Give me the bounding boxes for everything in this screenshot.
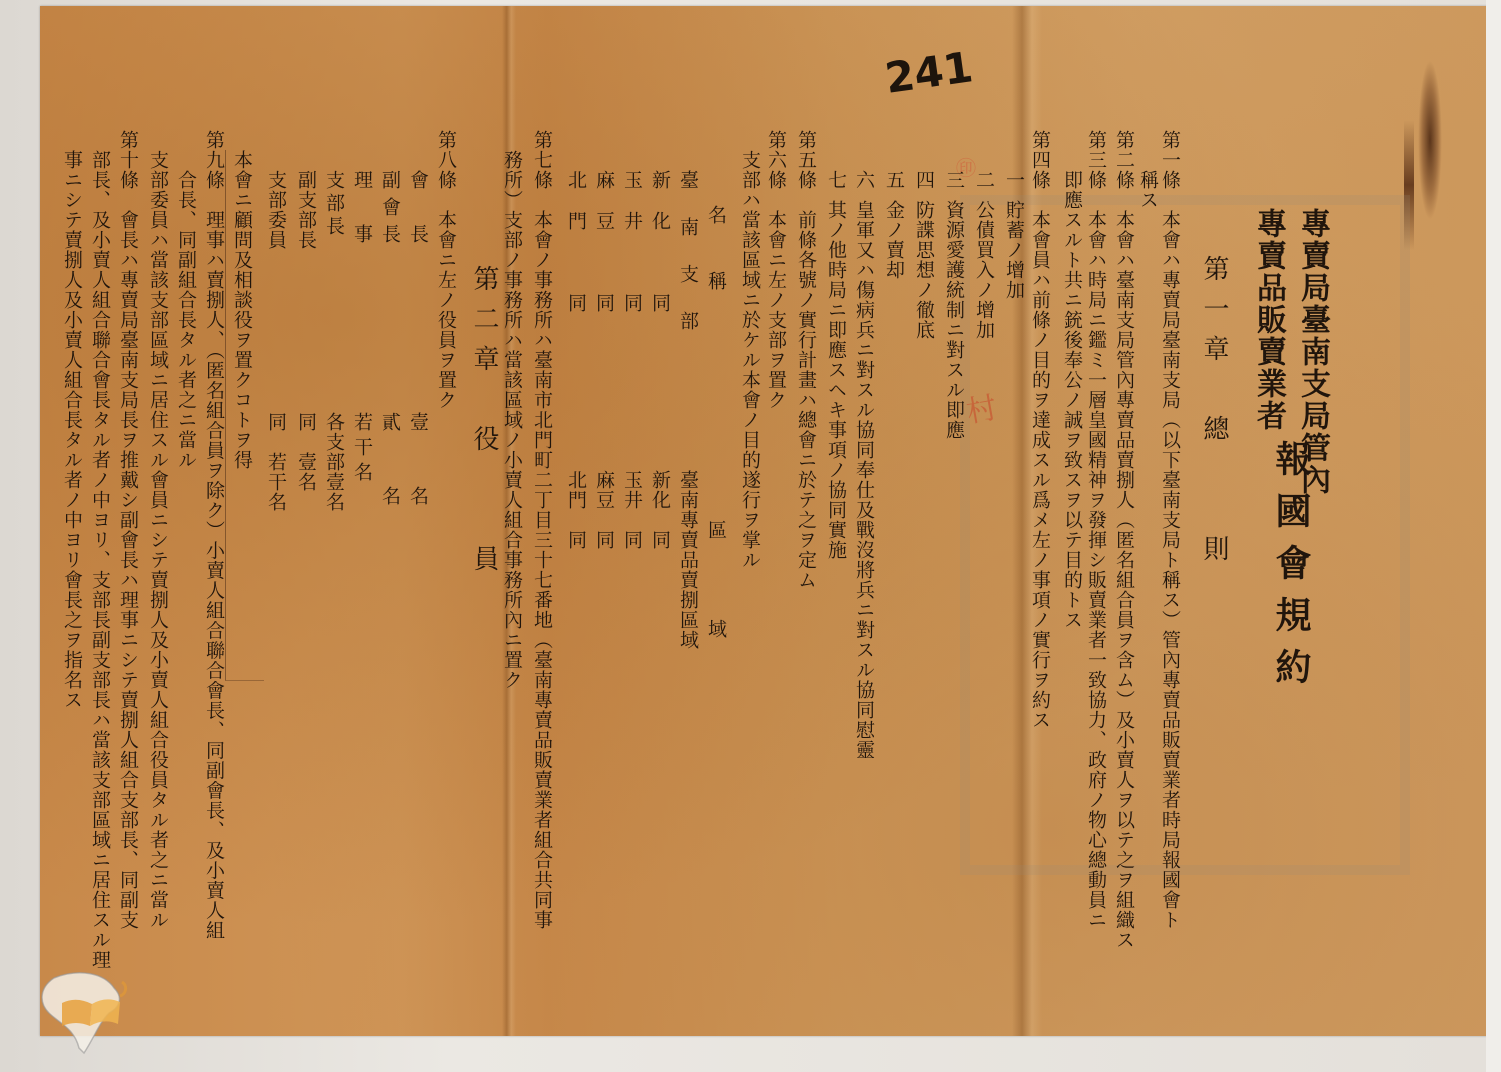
item-7-num: 七 (826, 170, 845, 190)
article-6-cont: 支部ハ當該區域ニ於ケル本會ノ目的遂行ヲ掌ル (740, 150, 759, 570)
article-7: 第七條 本會ノ事務所ハ臺南市北門町二丁目三十七番地（臺南專賣品販賣業者組合共同事 (532, 130, 551, 930)
advisors-note: 本會ニ顧問及相談役ヲ置クコトヲ得 (232, 150, 251, 470)
branch-row-name: 玉井 同 (622, 170, 641, 334)
title-line-2: 專賣品販賣業者 (1246, 208, 1290, 432)
item-1-num: 一 (1004, 170, 1023, 190)
branch-row-area: 臺南專賣品賣捌區域 (678, 470, 697, 650)
article-9-cont: 合長、同副組合長タル者之ニ當ル (176, 170, 195, 470)
officer-count: 各支部壹名 (324, 412, 343, 512)
officer-count: 同 壹名 (296, 412, 315, 492)
officer-role: 副支部長 (296, 170, 315, 250)
officer-role: 支部委員 (266, 170, 285, 250)
branch-header-area: 區 域 (706, 520, 725, 652)
branch-row-area: 麻豆 同 (594, 470, 613, 550)
chapter-1-heading: 第一章 總 則 (1196, 255, 1233, 575)
item-5-text: 金ノ賣却 (884, 200, 903, 280)
stain-mark (1418, 60, 1442, 220)
archive-logo-icon (24, 968, 134, 1058)
officer-count: 貳 名 (380, 412, 399, 523)
branch-row-area: 北門 同 (566, 470, 585, 550)
officer-count: 同 若干名 (266, 412, 285, 512)
item-7-text: 其ノ他時局ニ即應スヘキ事項ノ協同實施 (826, 200, 845, 560)
branch-header-name: 名 稱 (706, 205, 725, 304)
officer-count: 若干名 (352, 412, 371, 487)
article-1: 第一條 本會ハ專賣局臺南支局（以下臺南支局ト稱ス）管內專賣品販賣業者時局報國會ト (1160, 130, 1179, 930)
article-8: 第八條 本會ニ左ノ役員ヲ置ク (436, 130, 455, 410)
item-4-text: 防諜思想ノ徹底 (914, 200, 933, 340)
officer-role: 會 長 (408, 170, 427, 251)
branch-row-name: 新化 同 (650, 170, 669, 334)
article-3-cont: 即應スルト共ニ銃後奉公ノ誠ヲ致スヲ以テ目的トス (1062, 130, 1081, 630)
item-4-num: 四 (914, 170, 933, 190)
scan-margin (1486, 0, 1501, 1072)
article-7-cont: 務所）支部ノ事務所ハ當該區域ノ小賣人組合事務所內ニ置ク (502, 150, 521, 690)
branch-row-area: 新化 同 (650, 470, 669, 550)
item-3-text: 資源愛護統制ニ對スル即應 (944, 200, 963, 440)
article-10-cont: 部長、及小賣人組合聯合會長タル者ノ中ヨリ、支部長副支部長ハ當該支部區域ニ居住スル… (90, 150, 109, 970)
item-3-num: 三 (944, 170, 963, 190)
article-2: 第二條 本會ハ臺南支局管內專賣品賣捌人（匿名組合員ヲ含ム）及小賣人ヲ以テ之ヲ組織… (1114, 130, 1133, 950)
article-1-cont: 稱ス (1138, 130, 1157, 210)
branch-row-name: 麻豆 同 (594, 170, 613, 334)
officer-role: 支部長 (324, 170, 343, 239)
item-2-text: 公債買入ノ增加 (974, 200, 993, 340)
article-10-end: 事ニシテ賣捌人及小賣人組合長タル者ノ中ヨリ會長之ヲ指名ス (62, 150, 81, 710)
article-9-members: 支部委員ハ當該支部區域ニ居住スル會員ニシテ賣捌人及小賣人組合役員タル者之ニ當ル (148, 150, 167, 930)
article-9: 第九條 理事ハ賣捌人、（匿名組合員ヲ除ク）小賣人組合聯合會長、同副會長、及小賣人… (204, 130, 223, 941)
faded-frame (960, 195, 1410, 875)
document-title: 報國會規約 (1266, 440, 1317, 700)
article-5: 第五條 前條各號ノ實行計畫ハ總會ニ於テ之ヲ定ム (796, 130, 815, 590)
officer-role: 副會長 (380, 170, 399, 251)
branch-row-area: 玉井 同 (622, 470, 641, 550)
item-6-text: 皇軍又ハ傷病兵ニ對スル協同奉仕及戰沒將兵ニ對スル協同慰靈 (854, 200, 873, 760)
article-6: 第六條 本會ニ左ノ支部ヲ置ク (766, 130, 785, 410)
article-4: 第四條 本會員ハ前條ノ目的ヲ達成スル爲メ左ノ事項ノ實行ヲ約ス (1030, 130, 1049, 730)
item-6-num: 六 (854, 170, 873, 190)
officer-count: 壹 名 (408, 412, 427, 523)
chapter-2-heading: 第二章 役 員 (466, 265, 503, 585)
branch-row-name: 臺南支部 (678, 170, 697, 358)
item-5-num: 五 (884, 170, 903, 190)
branch-row-name: 北門 同 (566, 170, 585, 334)
item-1-text: 貯蓄ノ增加 (1004, 200, 1023, 300)
article-3: 第三條 本會ハ時局ニ鑑ミ一層皇國精神ヲ發揮シ販賣業者一致協力、政府ノ物心總動員ニ (1086, 130, 1105, 930)
officer-role: 理 事 (352, 170, 371, 251)
item-2-num: 二 (974, 170, 993, 190)
article-10: 第十條 會長ハ專賣局臺南支局長ヲ推戴シ副會長ハ理事ニシテ賣捌人組合支部長、同副支 (118, 130, 137, 930)
